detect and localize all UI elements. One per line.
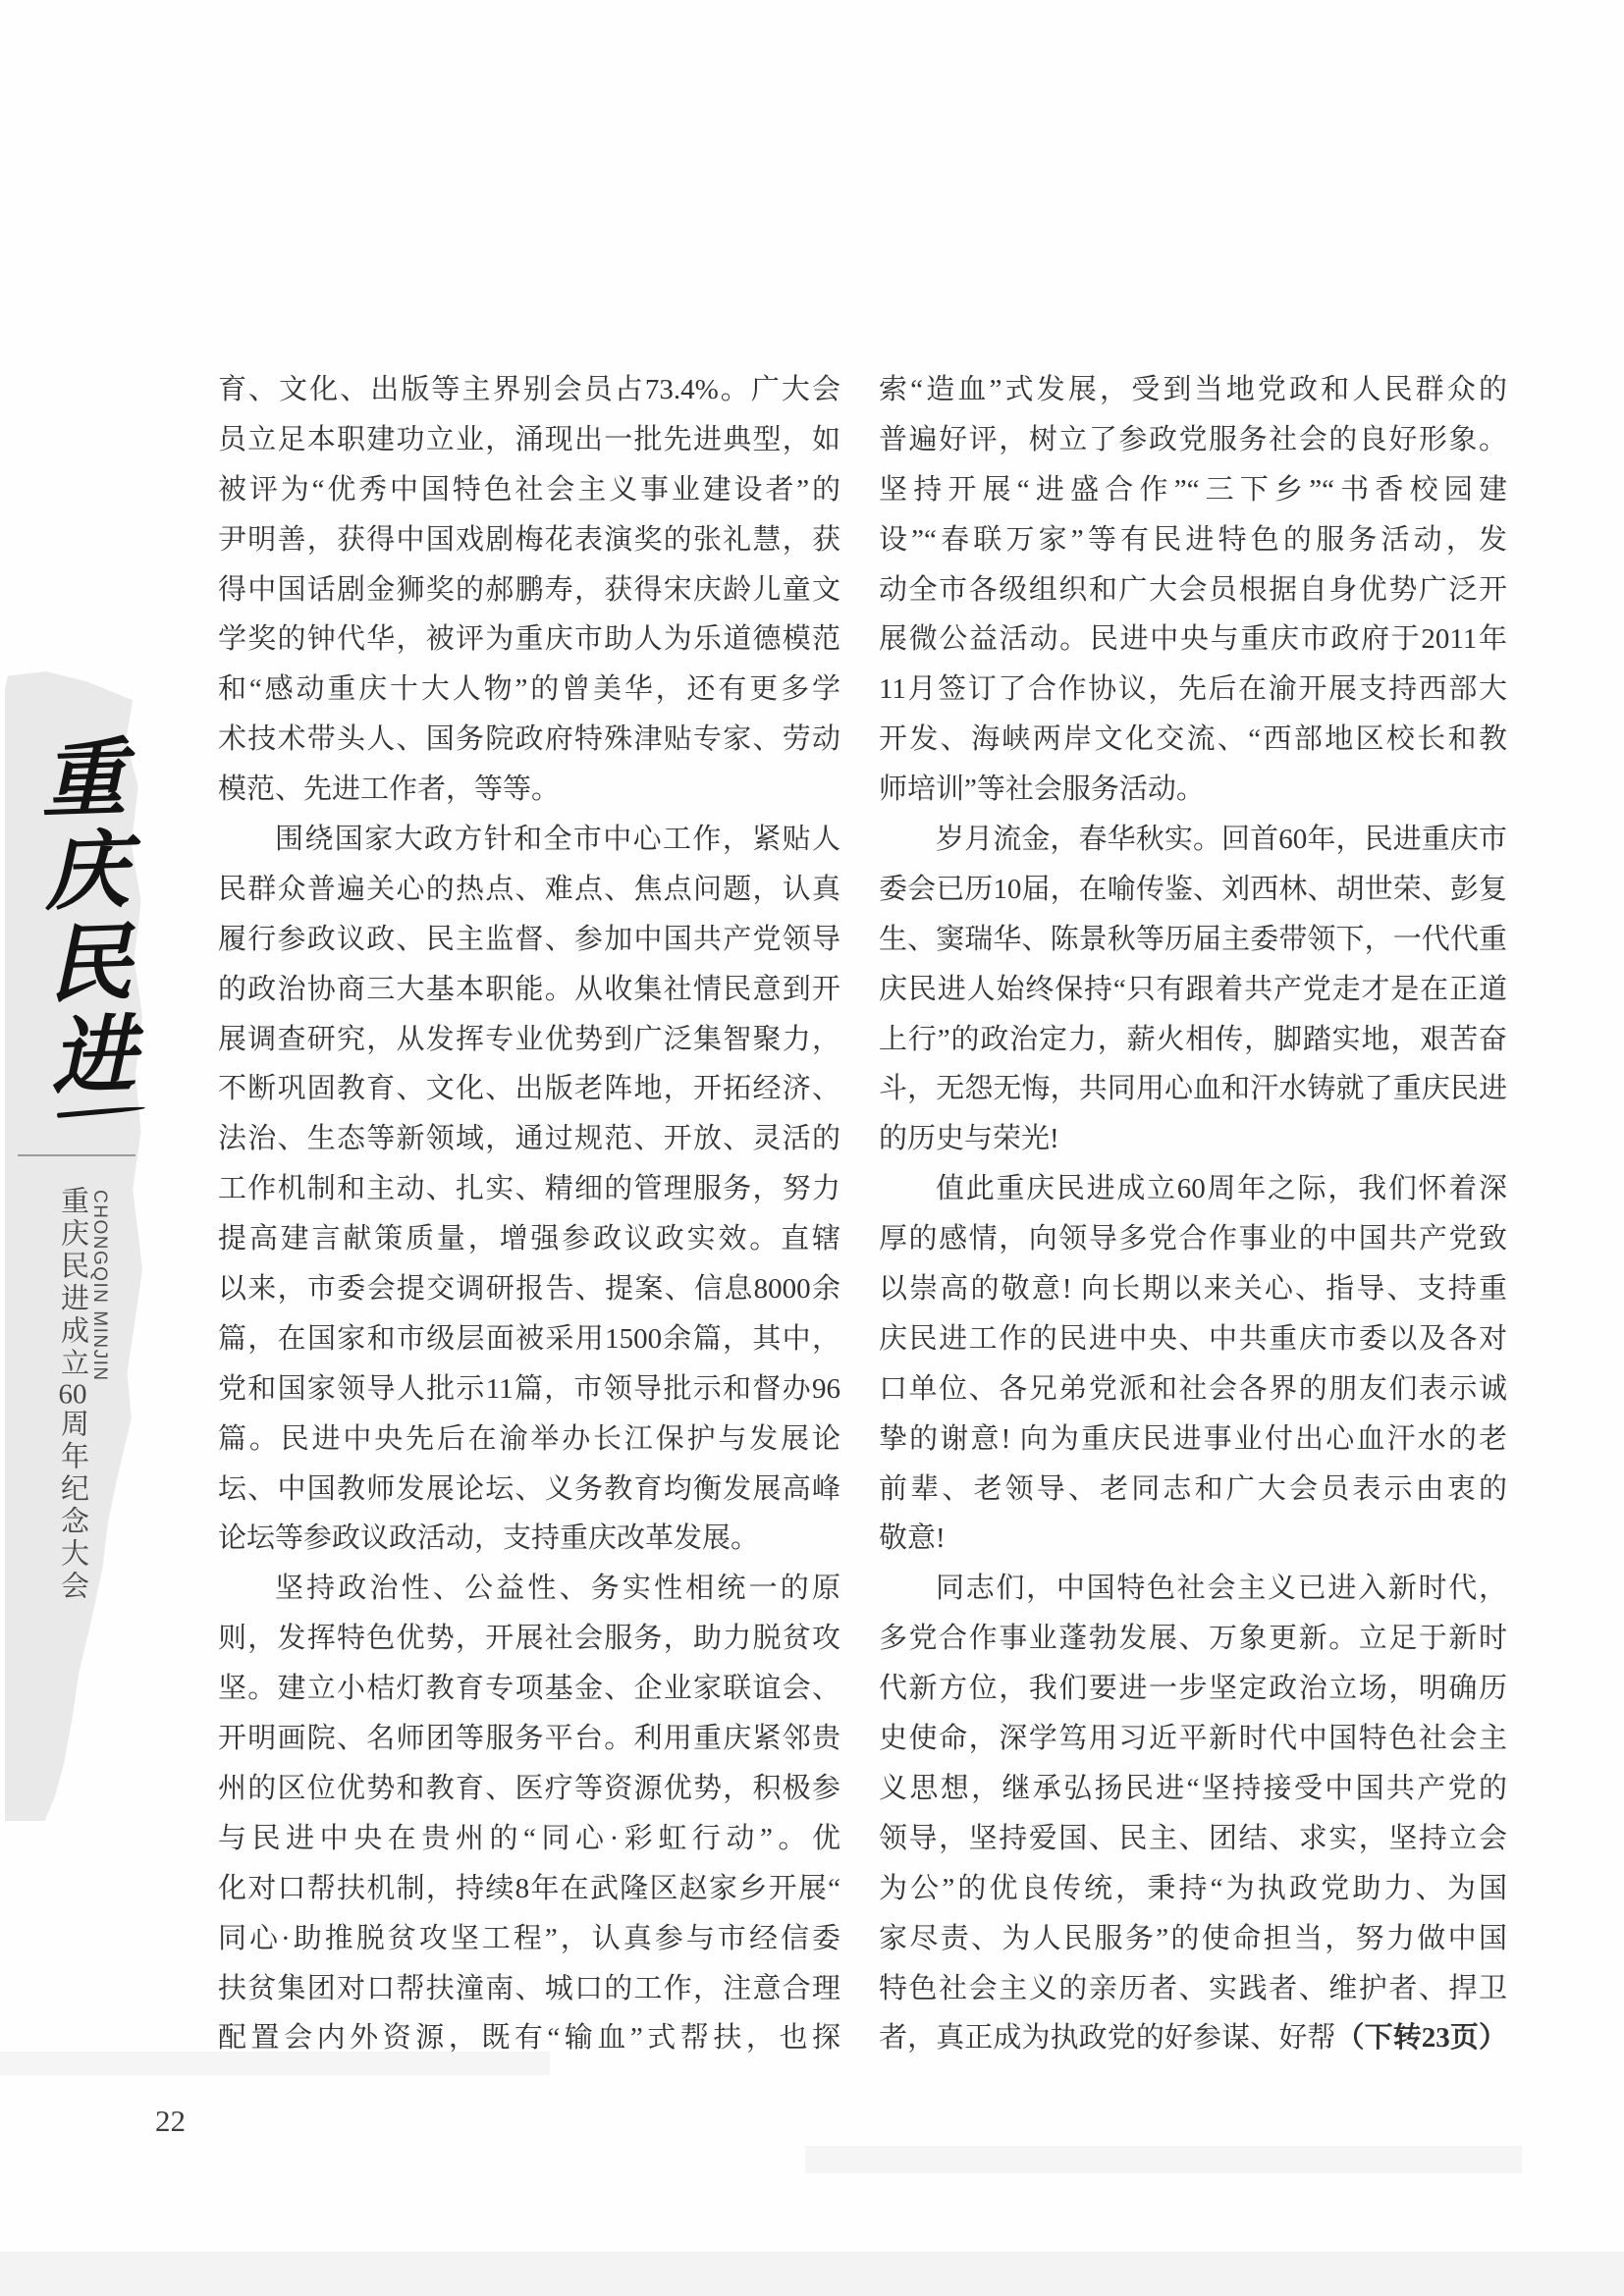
text-line: 特色社会主义的亲历者、实践者、维护者、捍卫 (879, 1964, 1507, 2014)
text-line: 岁月流金，春华秋实。回首60年，民进重庆市 (879, 815, 1507, 865)
scan-artifact (0, 2052, 550, 2075)
text-line: 口单位、各兄弟党派和社会各界的朋友们表示诚 (879, 1364, 1507, 1415)
text-line: 生、窦瑞华、陈景秋等历届主委带领下，一代代重 (879, 915, 1507, 965)
sidebar-divider (18, 1154, 135, 1156)
text-line: 上行”的政治定力，薪火相传，脚踏实地，艰苦奋 (879, 1015, 1507, 1065)
sidebar-event-title: 重庆民进成立60周年纪念大会 (53, 1186, 93, 1603)
text-line: 员立足本职建功立业，涌现出一批先进典型，如 (218, 415, 840, 465)
sidebar-event-title-segment: 60 (57, 1380, 88, 1409)
text-line: 动全市各级组织和广大会员根据自身优势广泛开 (879, 565, 1507, 615)
text-line: 篇，在国家和市级层面被采用1500余篇，其中， (218, 1314, 840, 1364)
text-column-left: 育、文化、出版等主界别会员占73.4%。广大会员立足本职建功立业，涌现出一批先进… (218, 365, 840, 2063)
text-line: 不断巩固教育、文化、出版老阵地，开拓经济、 (218, 1064, 840, 1114)
calligraphy-masthead: 重庆民进 (23, 732, 137, 1104)
scan-artifact (0, 2252, 1624, 2296)
text-line: 值此重庆民进成立60周年之际，我们怀着深 (879, 1164, 1507, 1214)
text-line: 的政治协商三大基本职能。从收集社情民意到开 (218, 965, 840, 1015)
text-line: 家尽责、为人民服务”的使命担当，努力做中国 (879, 1914, 1507, 1964)
text-line: 史使命，深学笃用习近平新时代中国特色社会主 (879, 1714, 1507, 1764)
text-line: 斗，无怨无悔，共同用心血和汗水铸就了重庆民进 (879, 1064, 1507, 1114)
text-line: 敬意! (879, 1514, 1507, 1564)
continuation-note: （下转23页） (1336, 2022, 1507, 2054)
text-line: 厚的感情，向领导多党合作事业的中国共产党致 (879, 1214, 1507, 1264)
text-line: 展微公益活动。民进中央与重庆市政府于2011年 (879, 614, 1507, 665)
text-line: 得中国话剧金狮奖的郝鹏寿，获得宋庆龄儿童文 (218, 565, 840, 615)
text-line: 庆民进工作的民进中央、中共重庆市委以及各对 (879, 1314, 1507, 1364)
text-line: 以崇高的敬意! 向长期以来关心、指导、支持重 (879, 1264, 1507, 1314)
text-line: 开发、海峡两岸文化交流、“西部地区校长和教 (879, 715, 1507, 765)
text-line: 模范、先进工作者，等等。 (218, 765, 840, 815)
scan-artifact (805, 2146, 1522, 2173)
text-line: 多党合作事业蓬勃发展、万象更新。立足于新时 (879, 1614, 1507, 1664)
text-line: 论坛等参政议政活动，支持重庆改革发展。 (218, 1514, 840, 1564)
text-line: 设”“春联万家”等有民进特色的服务活动，发 (879, 515, 1507, 565)
text-line: 与民进中央在贵州的“同心·彩虹行动”。优 (218, 1814, 840, 1864)
text-line: 庆民进人始终保持“只有跟着共产党走才是在正道 (879, 965, 1507, 1015)
text-line: 尹明善，获得中国戏剧梅花表演奖的张礼慧，获 (218, 515, 840, 565)
text-line: 育、文化、出版等主界别会员占73.4%。广大会 (218, 365, 840, 415)
text-line: 挚的谢意! 向为重庆民进事业付出心血汗水的老 (879, 1415, 1507, 1465)
text-line: 同志们，中国特色社会主义已进入新时代， (879, 1564, 1507, 1614)
text-line: 开明画院、名师团等服务平台。利用重庆紧邻贵 (218, 1714, 840, 1764)
text-line: 法治、生态等新领域，通过规范、开放、灵活的 (218, 1114, 840, 1164)
text-line: 代新方位，我们要进一步坚定政治立场，明确历 (879, 1664, 1507, 1714)
text-line: 民群众普遍关心的热点、难点、焦点问题，认真 (218, 865, 840, 915)
text-line: 前辈、老领导、老同志和广大会员表示由衷的 (879, 1465, 1507, 1515)
text-line: 和“感动重庆十大人物”的曾美华，还有更多学 (218, 665, 840, 715)
text-line: 坚持政治性、公益性、务实性相统一的原 (218, 1564, 840, 1614)
text-line: 领导，坚持爱国、民主、团结、求实，坚持立会 (879, 1814, 1507, 1864)
text-line: 篇。民进中央先后在渝举办长江保护与发展论 (218, 1415, 840, 1465)
text-line: 同心·助推脱贫攻坚工程”，认真参与市经信委 (218, 1914, 840, 1964)
text-line: 提高建言献策质量，增强参政议政实效。直辖 (218, 1214, 840, 1264)
text-line: 扶贫集团对口帮扶潼南、城口的工作，注意合理 (218, 1964, 840, 2014)
text-line: 普遍好评，树立了参政党服务社会的良好形象。 (879, 415, 1507, 465)
text-line: 化对口帮扶机制，持续8年在武隆区赵家乡开展“ (218, 1864, 840, 1914)
text-line: 坚持开展“进盛合作”“三下乡”“书香校园建 (879, 465, 1507, 515)
text-line: 术技术带头人、国务院政府特殊津贴专家、劳动 (218, 715, 840, 765)
text-line: 围绕国家大政方针和全市中心工作，紧贴人 (218, 815, 840, 865)
text-line: 者，真正成为执政党的好参谋、好帮（下转23页） (879, 2013, 1507, 2063)
text-line: 州的区位优势和教育、医疗等资源优势，积极参 (218, 1764, 840, 1814)
text-line: 11月签订了合作协议，先后在渝开展支持西部大 (879, 665, 1507, 715)
text-line: 索“造血”式发展，受到当地党政和人民群众的 (879, 365, 1507, 415)
page-number: 22 (155, 2104, 186, 2139)
text-line: 被评为“优秀中国特色社会主义事业建设者”的 (218, 465, 840, 515)
text-line: 的历史与荣光! (879, 1114, 1507, 1164)
magazine-page: 重庆民进 CHONGQIN MINJIN 重庆民进成立60周年纪念大会 育、文化… (0, 0, 1624, 2296)
text-line: 义思想，继承弘扬民进“坚持接受中国共产党的 (879, 1764, 1507, 1814)
text-column-right: 索“造血”式发展，受到当地党政和人民群众的普遍好评，树立了参政党服务社会的良好形… (879, 365, 1507, 2063)
text-line: 党和国家领导人批示11篇，市领导批示和督办96 (218, 1364, 840, 1415)
text-line: 则，发挥特色优势，开展社会服务，助力脱贫攻 (218, 1614, 840, 1664)
text-line: 师培训”等社会服务活动。 (879, 765, 1507, 815)
text-line: 坛、中国教师发展论坛、义务教育均衡发展高峰 (218, 1465, 840, 1515)
text-line: 工作机制和主动、扎实、精细的管理服务，努力 (218, 1164, 840, 1214)
text-line: 委会已历10届，在喻传鉴、刘西林、胡世荣、彭复 (879, 865, 1507, 915)
sidebar-event-title-segment: 周年纪念大会 (57, 1409, 88, 1603)
text-line: 以来，市委会提交调研报告、提案、信息8000余 (218, 1264, 840, 1314)
sidebar-event-title-segment: 重庆民进成立 (57, 1186, 88, 1380)
text-line: 坚。建立小桔灯教育专项基金、企业家联谊会、 (218, 1664, 840, 1714)
text-line: 展调查研究，从发挥专业优势到广泛集智聚力， (218, 1015, 840, 1065)
text-line: 为公”的优良传统，秉持“为执政党助力、为国 (879, 1864, 1507, 1914)
text-line: 履行参政议政、民主监督、参加中国共产党领导 (218, 915, 840, 965)
text-line: 学奖的钟代华，被评为重庆市助人为乐道德模范 (218, 614, 840, 665)
